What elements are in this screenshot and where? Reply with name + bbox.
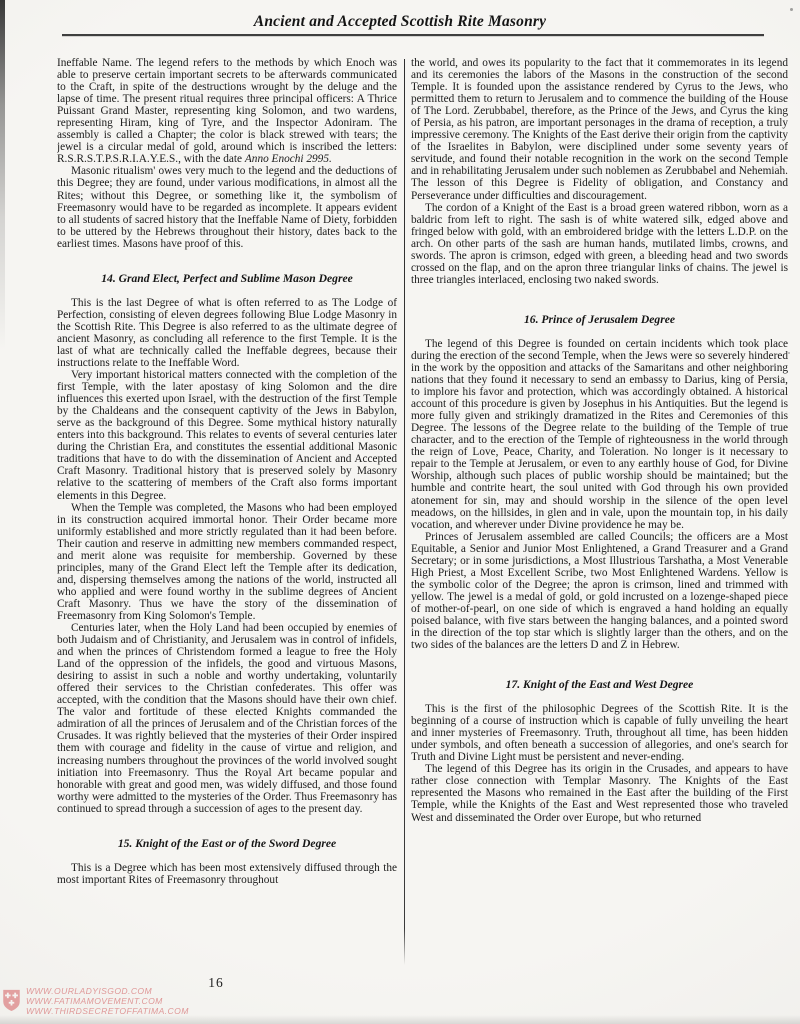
left-column: Ineffable Name. The legend refers to the…	[57, 57, 397, 979]
latin-date-phrase: Anno Enochi 2995.	[245, 153, 332, 165]
paragraph-cordon-knight-east: The cordon of a Knight of the East is a …	[411, 202, 788, 286]
watermark: WWW.OURLADYISGOD.COM WWW.FATIMAMOVEMENT.…	[2, 986, 189, 1017]
scan-speck	[790, 8, 793, 11]
scanned-book-page: Ancient and Accepted Scottish Rite Mason…	[0, 0, 800, 1024]
section-heading-degree-15: 15. Knight of the East or of the Sword D…	[57, 837, 397, 850]
watermark-url-line: WWW.OURLADYISGOD.COM	[26, 986, 189, 996]
paragraph-historical-matters: Very important historical matters connec…	[57, 369, 397, 502]
paragraph-legend-crusades: The legend of this Degree has its origin…	[411, 763, 788, 823]
two-column-text-area: Ineffable Name. The legend refers to the…	[57, 57, 788, 979]
right-column: the world, and owes its popularity to th…	[411, 57, 788, 979]
paragraph-princes-councils: Princes of Jerusalem assembled are calle…	[411, 531, 788, 651]
paragraph-philosophic-degrees: This is the first of the philosophic Deg…	[411, 703, 788, 763]
scan-gutter-shadow	[0, 0, 5, 350]
watermark-url-line: WWW.FATIMAMOVEMENT.COM	[26, 996, 189, 1006]
page-title: Ancient and Accepted Scottish Rite Mason…	[0, 13, 800, 31]
watermark-shield-icon	[2, 989, 21, 1016]
section-heading-degree-16: 16. Prince of Jerusalem Degree	[411, 313, 788, 326]
paragraph-lodge-of-perfection: This is the last Degree of what is often…	[57, 297, 397, 369]
paragraph-second-temple: the world, and owes its popularity to th…	[411, 57, 788, 202]
column-divider-rule	[404, 59, 405, 965]
paragraph-text: Ineffable Name. The legend refers to the…	[57, 57, 397, 165]
paragraph-temple-completed: When the Temple was completed, the Mason…	[57, 502, 397, 622]
paragraph-legend-founded: The legend of this Degree is founded on …	[411, 338, 788, 531]
paragraph-degree-diffused: This is a Degree which has been most ext…	[57, 862, 397, 886]
scan-bottom-shadow	[0, 1015, 800, 1024]
paragraph-ineffable-name: Ineffable Name. The legend refers to the…	[57, 57, 397, 165]
paragraph-centuries-later: Centuries later, when the Holy Land had …	[57, 622, 397, 815]
paragraph-masonic-ritualism: Masonic ritualism' owes very much to the…	[57, 165, 397, 249]
section-heading-degree-14: 14. Grand Elect, Perfect and Sublime Mas…	[57, 272, 397, 285]
section-heading-degree-17: 17. Knight of the East and West Degree	[411, 678, 788, 691]
header-rule	[62, 34, 764, 36]
scan-speck	[788, 352, 790, 354]
